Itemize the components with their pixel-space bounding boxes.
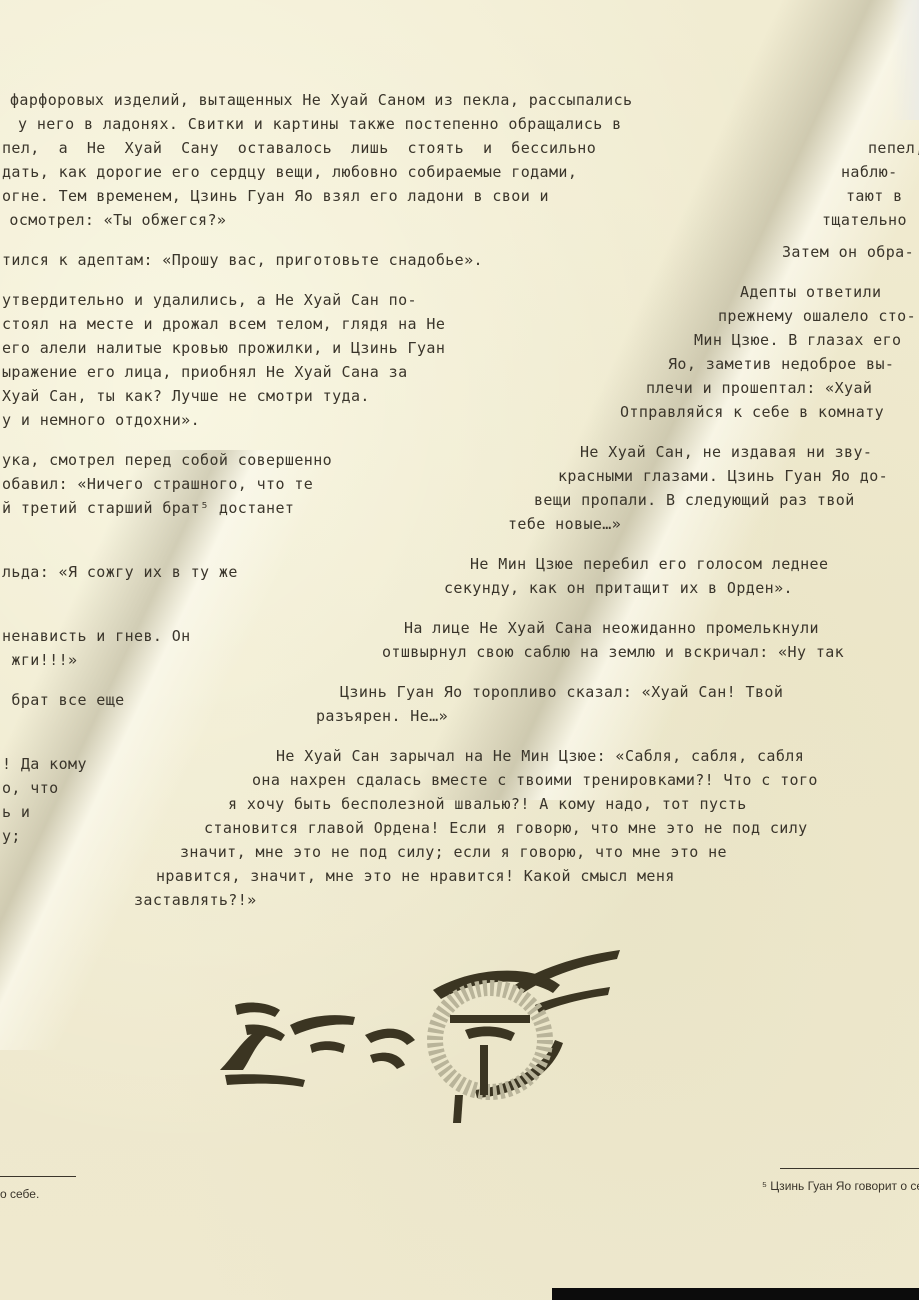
text-line: фарфоровых изделий, вытащенных Не Хуай С… — [10, 91, 632, 109]
calligraphy-seal-emblem-icon — [215, 945, 635, 1125]
text-line: утвердительно и удалились, а Не Хуай Сан… — [2, 291, 417, 309]
text-line: ыражение его лица, приобнял Не Хуай Сана… — [2, 363, 408, 381]
text-line: обавил: «Ничего страшного, что те — [2, 475, 313, 493]
text-line: она нахрен сдалась вместе с твоими трени… — [252, 771, 818, 789]
text-line: наблю- — [841, 163, 898, 181]
text-line: брат все еще — [2, 691, 125, 709]
text-line: пел, а Не Хуай Сану оставалось лишь стоя… — [2, 139, 702, 157]
text-line: значит, мне это не под силу; если я гово… — [180, 843, 727, 861]
text-line: Цзинь Гуан Яо торопливо сказал: «Хуай Са… — [340, 683, 783, 701]
text-line: На лице Не Хуай Сана неожиданно промельк… — [404, 619, 819, 637]
text-line: заставлять?!» — [134, 891, 257, 909]
footnote-left: о себе. — [0, 1187, 39, 1201]
footnote-right: ⁵ Цзинь Гуан Яо говорит о себе — [762, 1179, 919, 1193]
text-line: его алели налитые кровью прожилки, и Цзи… — [2, 339, 445, 357]
text-line: Хуай Сан, ты как? Лучше не смотри туда. — [2, 387, 370, 405]
text-line: у него в ладонях. Свитки и картины также… — [18, 115, 622, 133]
text-line: у и немного отдохни». — [2, 411, 200, 429]
text-line: отшвырнул свою саблю на землю и вскричал… — [382, 643, 844, 661]
footnote-rule-right — [780, 1168, 919, 1169]
text-line: Затем он обра- — [782, 243, 914, 261]
text-line: ненависть и гнев. Он — [2, 627, 191, 645]
text-line: вещи пропали. В следующий раз твой — [534, 491, 855, 509]
text-line: льда: «Я сожгу их в ту же — [2, 563, 238, 581]
text-line: тился к адептам: «Прошу вас, приготовьте… — [2, 251, 483, 269]
text-line: Мин Цзюе. В глазах его — [694, 331, 901, 349]
text-line: Отправляйся к себе в комнату — [620, 403, 884, 421]
text-line: у; — [2, 827, 21, 845]
text-line: дать, как дорогие его сердцу вещи, любов… — [2, 163, 692, 181]
text-line: разъярен. Не…» — [316, 707, 448, 725]
text-line: тают в — [846, 187, 903, 205]
text-line: красными глазами. Цзинь Гуан Яо до- — [558, 467, 888, 485]
text-line: й третий старший брат⁵ достанет — [2, 499, 294, 517]
text-line: плечи и прошептал: «Хуай — [646, 379, 872, 397]
text-line: осмотрел: «Ты обжегся?» — [0, 211, 226, 229]
footnote-rule-left — [0, 1176, 76, 1177]
text-line: пепел, — [868, 139, 919, 157]
text-line: Не Хуай Сан зарычал на Не Мин Цзюе: «Саб… — [276, 747, 804, 765]
text-line: ! Да кому — [2, 755, 87, 773]
text-line: становится главой Ордена! Если я говорю,… — [204, 819, 808, 837]
text-line: Не Хуай Сан, не издавая ни зву- — [580, 443, 872, 461]
page-edge-highlight — [891, 0, 919, 120]
text-line: прежнему ошалело сто- — [718, 307, 916, 325]
text-line: ука, смотрел перед собой совершенно — [2, 451, 332, 469]
scan-border-bar — [552, 1288, 919, 1300]
text-line: тщательно — [822, 211, 907, 229]
text-line: огне. Тем временем, Цзинь Гуан Яо взял е… — [2, 187, 682, 205]
text-line: тебе новые…» — [508, 515, 621, 533]
text-line: нравится, значит, мне это не нравится! К… — [156, 867, 675, 885]
text-line: секунду, как он притащит их в Орден». — [444, 579, 793, 597]
text-line: ь и — [2, 803, 30, 821]
text-line: Адепты ответили — [740, 283, 881, 301]
text-line: Не Мин Цзюе перебил его голосом леднее — [470, 555, 828, 573]
text-line: Яо, заметив недоброе вы- — [668, 355, 894, 373]
text-line: о, что — [2, 779, 59, 797]
text-line: жги!!!» — [2, 651, 77, 669]
text-line: стоял на месте и дрожал всем телом, гляд… — [2, 315, 445, 333]
text-line: я хочу быть бесполезной швалью?! А кому … — [228, 795, 747, 813]
